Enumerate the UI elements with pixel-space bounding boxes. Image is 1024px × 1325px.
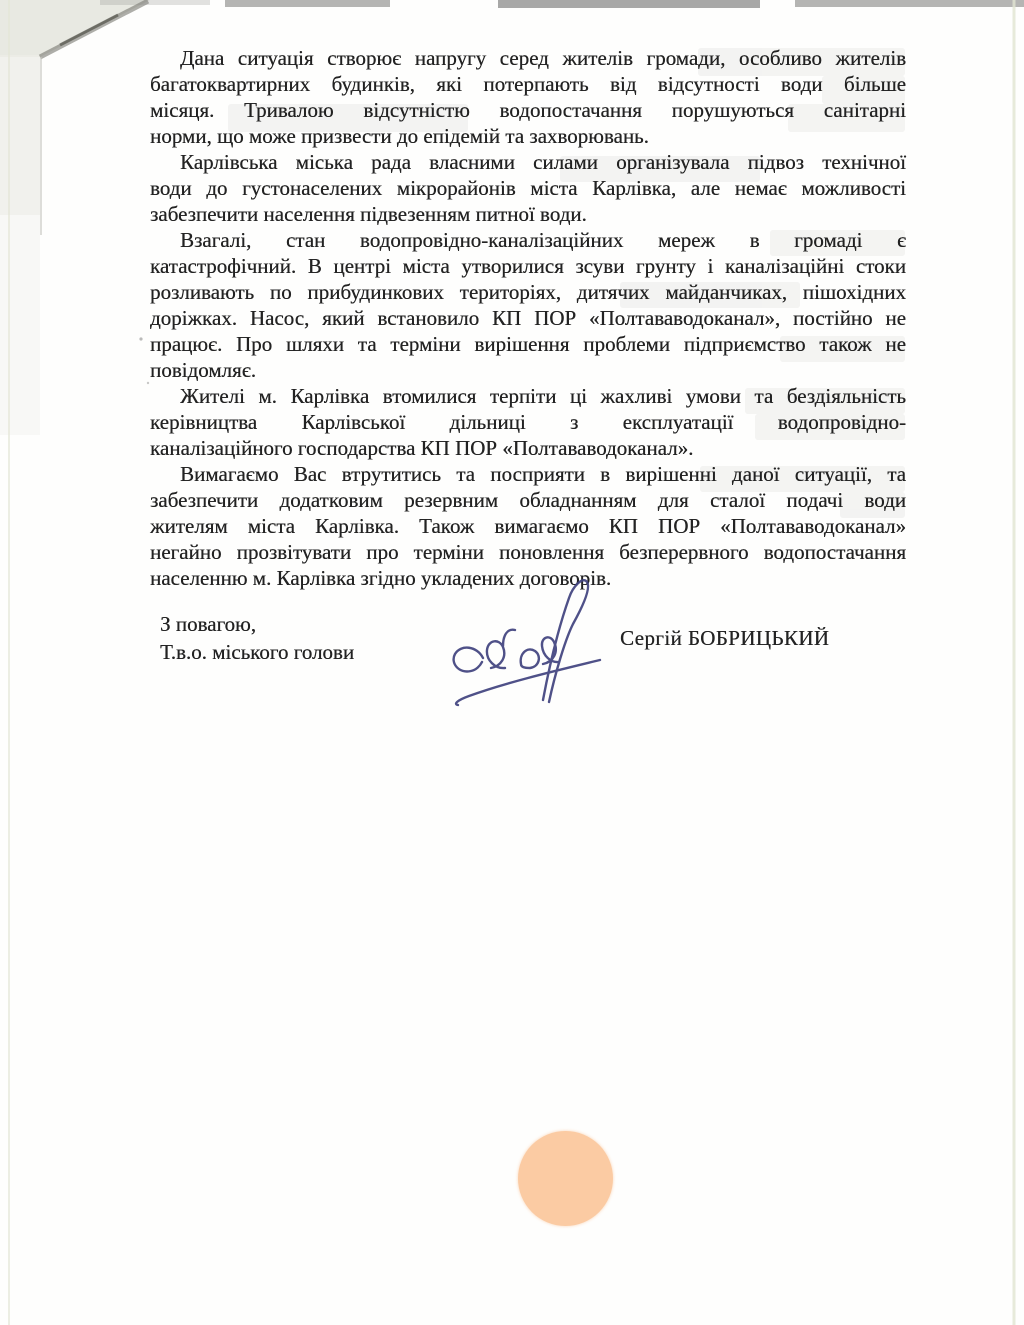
text-line: каналізаційного господарства КП ПОР «Пол… (150, 435, 906, 461)
text-line: Взагалі, стан водопровідно-каналізаційни… (150, 227, 906, 253)
text-line: працює. Про шляхи та терміни вирішення п… (150, 331, 906, 357)
text-line: Дана ситуація створює напругу серед жите… (150, 45, 906, 71)
text-line: повідомляє. (150, 357, 906, 383)
text-line: керівництва Карлівської дільниці з експл… (150, 409, 906, 435)
signature-stroke-flourish (543, 580, 588, 702)
text-line: Карлівська міська рада власними силами о… (150, 149, 906, 175)
text-line: багатоквартирних будинків, які потерпают… (150, 71, 906, 97)
corner-fold-area (0, 0, 150, 57)
signature-stroke-letters-c (454, 648, 483, 672)
paragraph: Жителі м. Карлівка втомилися терпіти ці … (150, 383, 906, 461)
text-line: Жителі м. Карлівка втомилися терпіти ці … (150, 383, 906, 409)
text-line: норми, що може призвести до епідемій та … (150, 123, 906, 149)
signature-stroke-letter-o (521, 649, 539, 668)
paragraph: Вимагаємо Вас втрутитись та посприяти в … (150, 461, 906, 591)
signature-stroke-letter-b1 (487, 630, 515, 668)
paragraph: Карлівська міська рада власними силами о… (150, 149, 906, 227)
text-line: жителям міста Карлівка. Також вимагаємо … (150, 513, 906, 539)
scanned-letter-page: Дана ситуація створює напругу серед жите… (0, 0, 1024, 1325)
paragraph: Дана ситуація створює напругу серед жите… (150, 45, 906, 149)
text-line: Вимагаємо Вас втрутитись та посприяти в … (150, 461, 906, 487)
text-line: негайно прозвітувати про терміни поновле… (150, 539, 906, 565)
closing-salutation: З повагою, (160, 610, 354, 638)
text-line: розливають по прибудинкових територіях, … (150, 279, 906, 305)
text-line: забезпечити населення підвезенням питної… (150, 201, 906, 227)
text-line: забезпечити додатковим резервним обладна… (150, 487, 906, 513)
text-line: доріжках. Насос, який встановило КП ПОР … (150, 305, 906, 331)
signature-stroke-underline (456, 660, 600, 705)
closing-block: З повагою, Т.в.о. міського голови (160, 610, 354, 666)
signature-stroke-letter-b2 (542, 637, 559, 664)
text-line: води до густонаселених мікрорайонів міст… (150, 175, 906, 201)
stamp-redaction-circle (518, 1131, 613, 1226)
text-line: катастрофічний. В центрі міста утворилис… (150, 253, 906, 279)
paragraph: Взагалі, стан водопровідно-каналізаційни… (150, 227, 906, 383)
text-line: населенню м. Карлівка згідно укладених д… (150, 565, 906, 591)
closing-position: Т.в.о. міського голови (160, 638, 354, 666)
text-line: місяця. Тривалою відсутністю водопостача… (150, 97, 906, 123)
handwritten-signature (443, 572, 621, 720)
signer-name: Сергій БОБРИЦЬКИЙ (620, 626, 829, 651)
letter-body: Дана ситуація створює напругу серед жите… (150, 45, 906, 591)
